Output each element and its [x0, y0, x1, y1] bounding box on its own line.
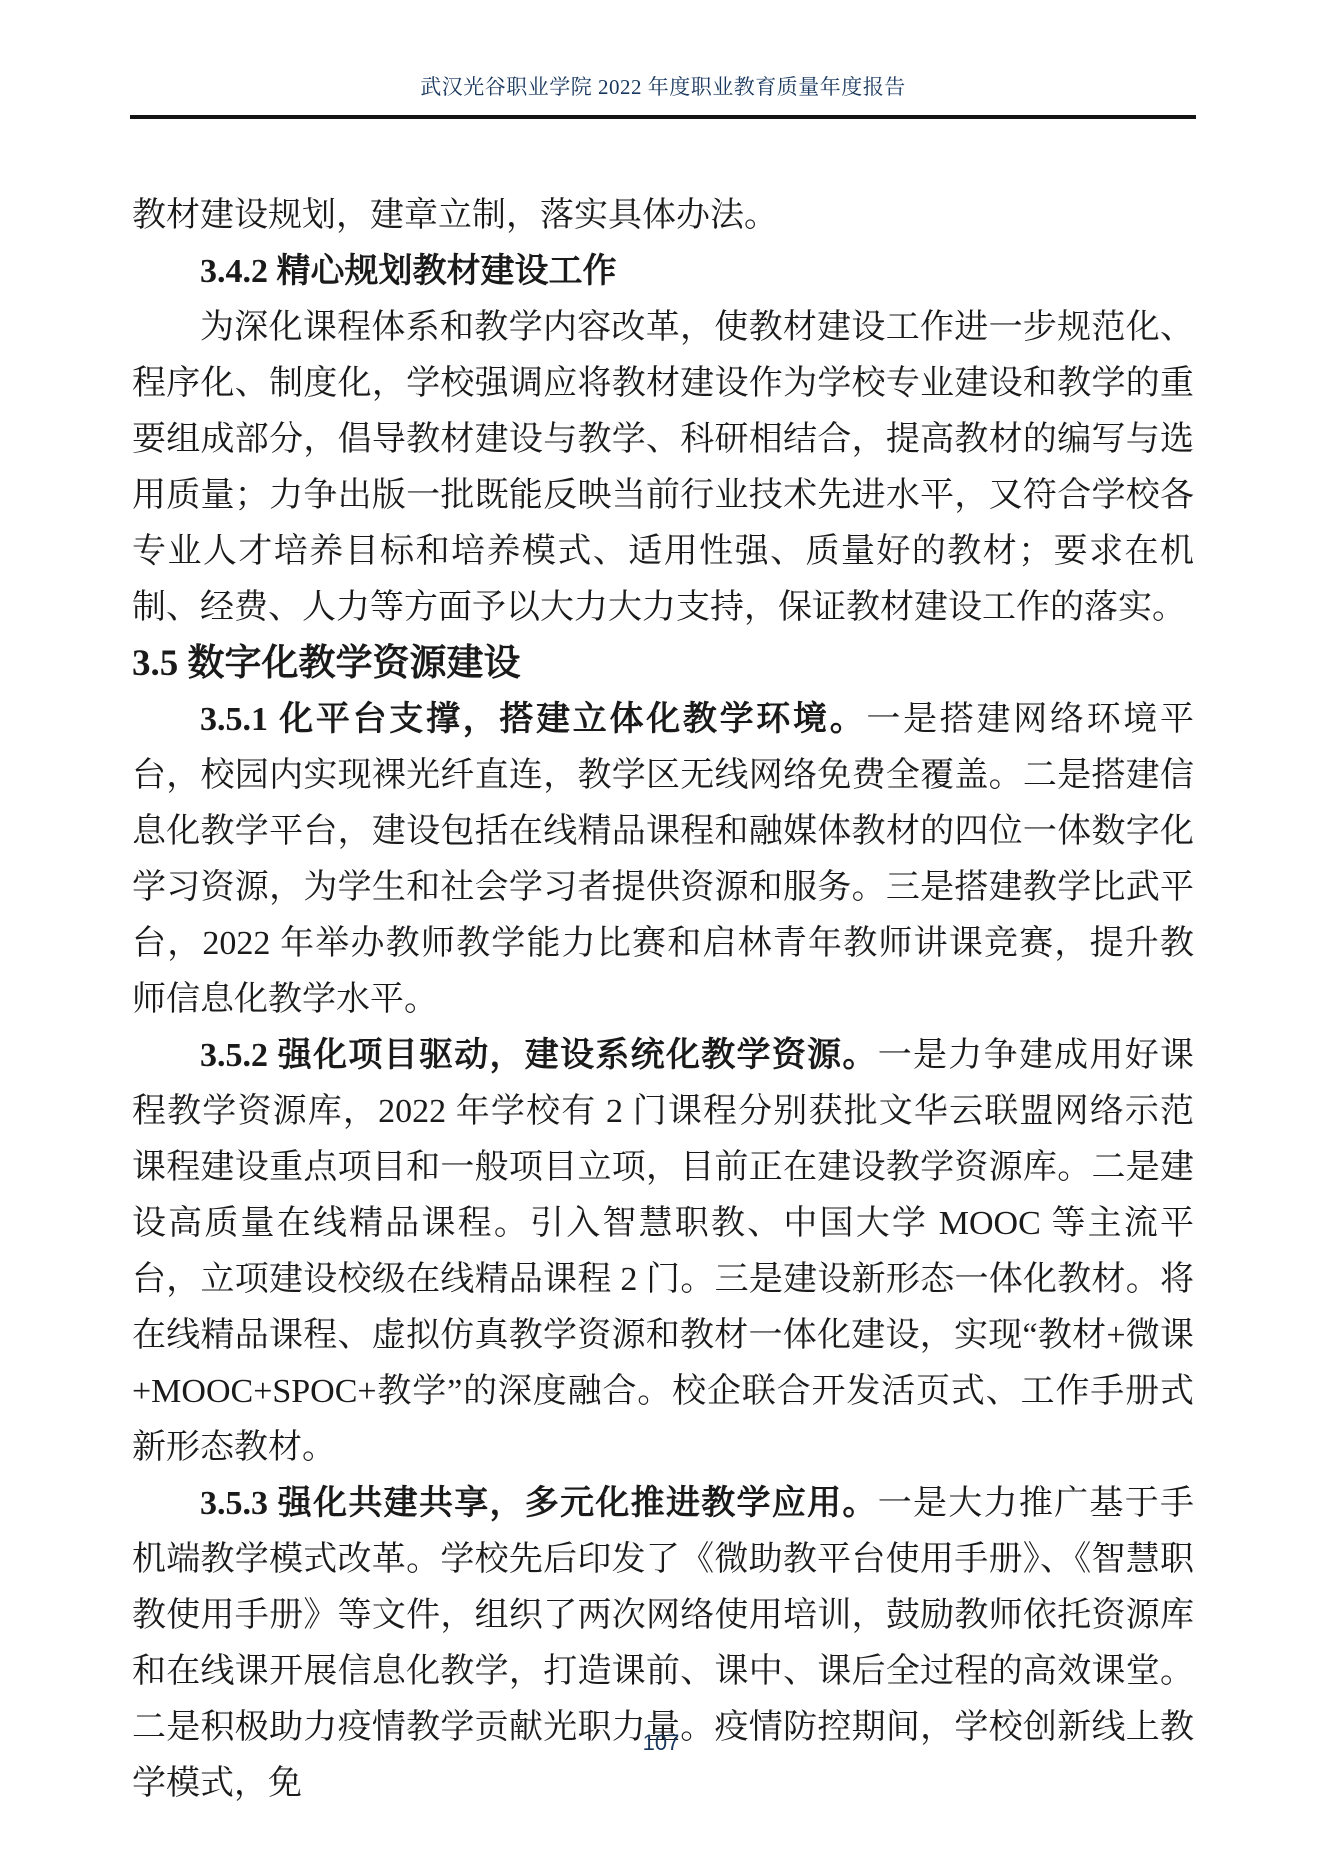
sub-heading-3-4-2: 3.4.2 精心规划教材建设工作: [132, 244, 1194, 300]
page-number: 107: [643, 1730, 680, 1755]
page-header: 武汉光谷职业学院 2022 年度职业教育质量年度报告: [130, 0, 1196, 119]
document-page: 武汉光谷职业学院 2022 年度职业教育质量年度报告 教材建设规划，建章立制，落…: [0, 0, 1322, 1871]
paragraph-continuation: 教材建设规划，建章立制，落实具体办法。: [132, 188, 1194, 244]
section-heading-3-5: 3.5 数字化教学资源建设: [132, 636, 1194, 692]
paragraph-3-5-3: 3.5.3 强化共建共享，多元化推进教学应用。一是大力推广基于手机端教学模式改革…: [132, 1476, 1194, 1812]
paragraph-3-5-1: 3.5.1 化平台支撑，搭建立体化教学环境。一是搭建网络环境平台，校园内实现裸光…: [132, 692, 1194, 1028]
header-rule: [130, 115, 1196, 119]
paragraph-3-5-1-text: 一是搭建网络环境平台，校园内实现裸光纤直连，教学区无线网络免费全覆盖。二是搭建信…: [132, 701, 1194, 1018]
sub-heading-3-5-2: 3.5.2 强化项目驱动，建设系统化教学资源。: [200, 1037, 878, 1074]
sub-heading-3-5-3: 3.5.3 强化共建共享，多元化推进教学应用。: [200, 1485, 878, 1522]
sub-heading-3-5-1: 3.5.1 化平台支撑，搭建立体化教学环境。: [200, 701, 866, 738]
paragraph-3-5-2-text: 一是力争建成用好课程教学资源库，2022 年学校有 2 门课程分别获批文华云联盟…: [132, 1037, 1194, 1466]
paragraph-3-5-2: 3.5.2 强化项目驱动，建设系统化教学资源。一是力争建成用好课程教学资源库，2…: [132, 1028, 1194, 1476]
document-body: 教材建设规划，建章立制，落实具体办法。 3.4.2 精心规划教材建设工作 为深化…: [132, 124, 1194, 1812]
page-footer: 107: [0, 1728, 1322, 1758]
header-title: 武汉光谷职业学院 2022 年度职业教育质量年度报告: [130, 72, 1196, 102]
paragraph-3-4-2: 为深化课程体系和教学内容改革，使教材建设工作进一步规范化、程序化、制度化，学校强…: [132, 300, 1194, 636]
